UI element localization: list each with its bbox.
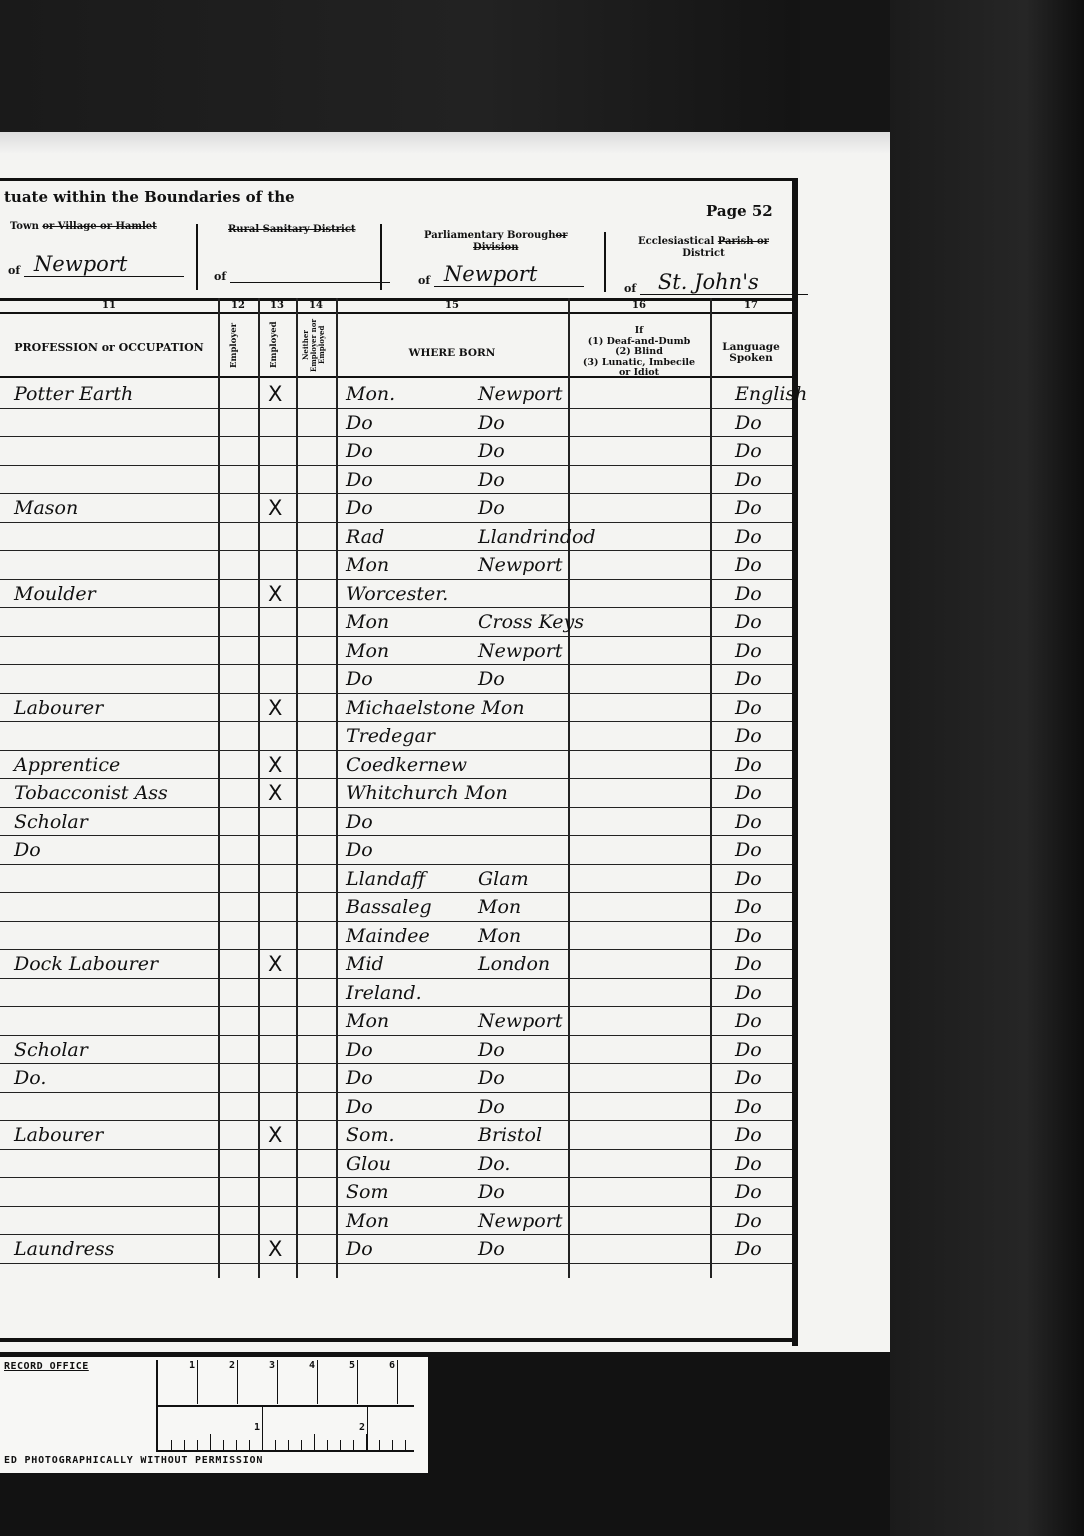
scan-background-right (890, 0, 1084, 1536)
ecclesiastical-value: St. John's (640, 270, 808, 295)
where-born-place-cell: Newport (478, 641, 562, 661)
ecclesiastical-district-label: District (682, 248, 725, 259)
where-born-place-cell: Newport (478, 384, 562, 404)
ruler-tick (301, 1440, 302, 1450)
ruler-cm-mark: 6 (358, 1360, 398, 1404)
where-born-place-cell: Llandrindod (478, 527, 596, 547)
occupation-cell: Labourer (14, 698, 103, 718)
ruler-cm-mark: 4 (278, 1360, 318, 1404)
where-born-cell: Do (346, 1068, 373, 1088)
language-cell: Do (735, 498, 762, 518)
scale-ruler: 12345612 (156, 1360, 416, 1450)
header-divider (604, 232, 606, 292)
ruler-cm-mark: 1 (158, 1360, 198, 1404)
where-born-cell: Do (346, 498, 373, 518)
where-born-cell: Whitchurch Mon (346, 783, 508, 803)
town-value: Newport (24, 252, 184, 277)
where-born-cell: Do (346, 1040, 373, 1060)
ecclesiastical-label: Ecclesiastical Parish or District (638, 236, 769, 260)
language-cell: Do (735, 413, 762, 433)
ruler-divider (156, 1450, 414, 1452)
ruler-tick (327, 1440, 328, 1450)
where-born-cell: Mon (346, 555, 389, 575)
where-born-cell: Tredegar (346, 726, 435, 746)
col-neither-header: Neither Employer nor Employed (302, 316, 330, 374)
employed-mark: X (268, 384, 282, 404)
row-rule (0, 1263, 792, 1264)
language-cell: Do (735, 527, 762, 547)
where-born-cell: Glou (346, 1154, 391, 1174)
language-cell: Do (735, 698, 762, 718)
row-rule (0, 1092, 792, 1093)
occupation-cell: Moulder (14, 584, 96, 604)
page-frame-bottom (0, 1338, 798, 1342)
row-rule (0, 436, 792, 437)
row-rule (0, 693, 792, 694)
where-born-cell: Do (346, 441, 373, 461)
language-cell: Do (735, 869, 762, 889)
where-born-place-cell: Do (478, 1239, 505, 1259)
grid-column-line (258, 298, 260, 1278)
ecclesiastical-of-label: of (624, 282, 636, 295)
where-born-cell: Mon (346, 1211, 389, 1231)
where-born-place-cell: Bristol (478, 1125, 542, 1145)
language-cell: Do (735, 726, 762, 746)
where-born-cell: Do (346, 812, 373, 832)
language-cell: Do (735, 669, 762, 689)
town-field: of Newport (8, 252, 184, 277)
col-employed-header: Employed (270, 316, 279, 374)
ruler-tick (210, 1434, 211, 1450)
row-rule (0, 1206, 792, 1207)
where-born-place-cell: Do (478, 470, 505, 490)
row-rule (0, 721, 792, 722)
row-rule (0, 1006, 792, 1007)
col-occupation-header: PROFESSION or OCCUPATION (0, 342, 218, 353)
occupation-cell: Laundress (14, 1239, 114, 1259)
occupation-cell: Scholar (14, 812, 88, 832)
ruler-tick (249, 1440, 250, 1450)
column-number-rule (0, 312, 792, 314)
where-born-cell: Do (346, 840, 373, 860)
row-rule (0, 493, 792, 494)
infirmity-line: If (568, 326, 710, 337)
where-born-cell: Do (346, 413, 373, 433)
grid-column-line (218, 298, 220, 1278)
language-cell: Do (735, 897, 762, 917)
row-rule (0, 978, 792, 979)
col-15-number: 15 (336, 300, 568, 311)
infirmity-line: or Idiot (568, 368, 710, 379)
where-born-cell: Ireland. (346, 983, 422, 1003)
where-born-place-cell: Mon (478, 897, 521, 917)
row-rule (0, 750, 792, 751)
occupation-cell: Mason (14, 498, 78, 518)
where-born-cell: Llandaff (346, 869, 425, 889)
parliamentary-borough-field: of Newport (418, 262, 584, 287)
col-employer-header: Employer (230, 318, 239, 372)
rural-sanitary-district-label: Rural Sanitary District (228, 224, 356, 236)
infirmity-line: (2) Blind (568, 347, 710, 358)
page-number: Page 52 (706, 202, 773, 220)
row-rule (0, 1177, 792, 1178)
where-born-cell: Do (346, 1097, 373, 1117)
language-cell: Do (735, 926, 762, 946)
ruler-tick (236, 1440, 237, 1450)
ruler-tick (275, 1440, 276, 1450)
where-born-place-cell: Do. (478, 1154, 510, 1174)
where-born-cell: Mon (346, 641, 389, 661)
where-born-cell: Bassaleg (346, 897, 432, 917)
occupation-cell: Do (14, 840, 41, 860)
where-born-place-cell: Newport (478, 1011, 562, 1031)
ecclesiastical-label-text: Ecclesiastical (638, 236, 714, 247)
where-born-place-cell: Do (478, 441, 505, 461)
language-cell: Do (735, 840, 762, 860)
employed-mark: X (268, 1125, 282, 1145)
occupation-cell: Apprentice (14, 755, 120, 775)
rural-of-label: of (214, 270, 226, 283)
language-cell: Do (735, 441, 762, 461)
row-rule (0, 1234, 792, 1235)
where-born-place-cell: Do (478, 1182, 505, 1202)
occupation-cell: Potter Earth (14, 384, 133, 404)
language-cell: Do (735, 783, 762, 803)
header-divider (380, 224, 382, 290)
occupation-cell: Dock Labourer (14, 954, 158, 974)
ruler-tick (197, 1440, 198, 1450)
parliamentary-borough-label: Parliamentary Boroughor Division (424, 230, 568, 254)
where-born-cell: Michaelstone Mon (346, 698, 525, 718)
where-born-cell: Som (346, 1182, 388, 1202)
ruler-tick (405, 1440, 406, 1450)
town-of-label: of (8, 264, 20, 277)
grid-column-line (568, 298, 570, 1278)
where-born-place-cell: Do (478, 498, 505, 518)
employed-mark: X (268, 698, 282, 718)
where-born-cell: Coedkernew (346, 755, 467, 775)
occupation-cell: Tobacconist Ass (14, 783, 168, 803)
where-born-cell: Do (346, 1239, 373, 1259)
row-rule (0, 1120, 792, 1121)
employed-mark: X (268, 584, 282, 604)
employed-mark: X (268, 954, 282, 974)
ruler-tick (288, 1440, 289, 1450)
grid-column-line (336, 298, 338, 1278)
where-born-cell: Som. (346, 1125, 395, 1145)
ruler-tick (353, 1440, 354, 1450)
town-struck-label: or Village or Hamlet (42, 221, 156, 232)
copyright-notice: ED PHOTOGRAPHICALLY WITHOUT PERMISSION (4, 1455, 263, 1466)
row-rule (0, 579, 792, 580)
where-born-cell: Maindee (346, 926, 430, 946)
boundaries-intro-text: tuate within the Boundaries of the (4, 188, 295, 206)
where-born-place-cell: Glam (478, 869, 529, 889)
ruler-tick (314, 1434, 315, 1450)
language-cell: Do (735, 1097, 762, 1117)
ruler-tick (392, 1440, 393, 1450)
where-born-cell: Mon (346, 612, 389, 632)
col-17-number: 17 (710, 300, 792, 311)
where-born-place-cell: London (478, 954, 550, 974)
language-cell: Do (735, 1211, 762, 1231)
where-born-place-cell: Cross Keys (478, 612, 584, 632)
where-born-place-cell: Do (478, 1097, 505, 1117)
header-divider (196, 224, 198, 290)
ruler-cm-mark: 3 (238, 1360, 278, 1404)
language-cell: Do (735, 1125, 762, 1145)
where-born-place-cell: Mon (478, 926, 521, 946)
ruler-tick (184, 1440, 185, 1450)
language-cell: Do (735, 983, 762, 1003)
col-infirmity-header: If (1) Deaf-and-Dumb (2) Blind (3) Lunat… (568, 326, 710, 379)
ruler-tick (340, 1440, 341, 1450)
where-born-cell: Mon. (346, 384, 395, 404)
employed-mark: X (268, 755, 282, 775)
grid-column-line (296, 298, 298, 1278)
row-rule (0, 550, 792, 551)
ecclesiastical-struck-label: Parish or (718, 236, 769, 247)
rural-value (230, 268, 390, 283)
parliamentary-value: Newport (434, 262, 584, 287)
language-cell: Do (735, 555, 762, 575)
language-cell: Do (735, 1011, 762, 1031)
language-cell: English (735, 384, 807, 404)
where-born-cell: Do (346, 669, 373, 689)
occupation-cell: Labourer (14, 1125, 103, 1145)
language-cell: Do (735, 1040, 762, 1060)
row-rule (0, 664, 792, 665)
row-rule (0, 892, 792, 893)
employed-mark: X (268, 783, 282, 803)
col-16-number: 16 (568, 300, 710, 311)
ruler-tick (262, 1434, 263, 1450)
parliamentary-label-text: Parliamentary Borough (424, 230, 556, 241)
row-rule (0, 1149, 792, 1150)
col-where-born-header: WHERE BORN (336, 348, 568, 359)
where-born-cell: Mid (346, 954, 384, 974)
language-cell: Do (735, 1182, 762, 1202)
town-label-text: Town (10, 221, 39, 232)
where-born-place-cell: Do (478, 413, 505, 433)
row-rule (0, 949, 792, 950)
page-frame-right (792, 178, 798, 1346)
where-born-place-cell: Do (478, 1040, 505, 1060)
ruler-cm-mark: 5 (318, 1360, 358, 1404)
where-born-place-cell: Newport (478, 555, 562, 575)
ruler-tick (379, 1440, 380, 1450)
row-rule (0, 835, 792, 836)
col-11-number: 11 (0, 300, 218, 311)
row-rule (0, 1063, 792, 1064)
where-born-place-cell: Do (478, 669, 505, 689)
record-office-title: RECORD OFFICE (4, 1361, 89, 1372)
where-born-place-cell: Do (478, 1068, 505, 1088)
language-cell: Do (735, 1154, 762, 1174)
ruler-tick (223, 1440, 224, 1450)
row-rule (0, 607, 792, 608)
row-rule (0, 465, 792, 466)
row-rule (0, 864, 792, 865)
language-cell: Do (735, 612, 762, 632)
page-frame-top (0, 178, 798, 181)
where-born-cell: Rad (346, 527, 384, 547)
grid-column-line (710, 298, 712, 1278)
where-born-cell: Do (346, 470, 373, 490)
parliamentary-struck-division: Division (473, 242, 518, 253)
where-born-place-cell: Newport (478, 1211, 562, 1231)
language-cell: Do (735, 584, 762, 604)
language-cell: Do (735, 812, 762, 832)
row-rule (0, 636, 792, 637)
occupation-cell: Do. (14, 1068, 46, 1088)
col-13-number: 13 (258, 300, 296, 311)
language-cell: Do (735, 954, 762, 974)
row-rule (0, 522, 792, 523)
ecclesiastical-field: of St. John's (624, 270, 808, 295)
language-cell: Do (735, 1239, 762, 1259)
where-born-cell: Mon (346, 1011, 389, 1031)
row-rule (0, 408, 792, 409)
row-rule (0, 778, 792, 779)
col-language-header: Language Spoken (710, 342, 792, 364)
row-rule (0, 921, 792, 922)
row-rule (0, 1035, 792, 1036)
where-born-cell: Worcester. (346, 584, 448, 604)
parliamentary-of-label: of (418, 274, 430, 287)
occupation-cell: Scholar (14, 1040, 88, 1060)
language-cell: Do (735, 1068, 762, 1088)
language-cell: Do (735, 755, 762, 775)
col-14-number: 14 (296, 300, 336, 311)
ruler-tick (366, 1434, 367, 1450)
language-cell: Do (735, 470, 762, 490)
row-rule (0, 807, 792, 808)
language-header-line: Spoken (710, 353, 792, 364)
col-12-number: 12 (218, 300, 258, 311)
employed-mark: X (268, 498, 282, 518)
town-label: Town or Village or Hamlet (10, 221, 157, 233)
language-cell: Do (735, 641, 762, 661)
ruler-tick (171, 1440, 172, 1450)
employed-mark: X (268, 1239, 282, 1259)
ruler-cm-mark: 2 (198, 1360, 238, 1404)
parliamentary-struck-or: or (556, 230, 568, 241)
rural-sanitary-district-field: of (214, 268, 390, 283)
